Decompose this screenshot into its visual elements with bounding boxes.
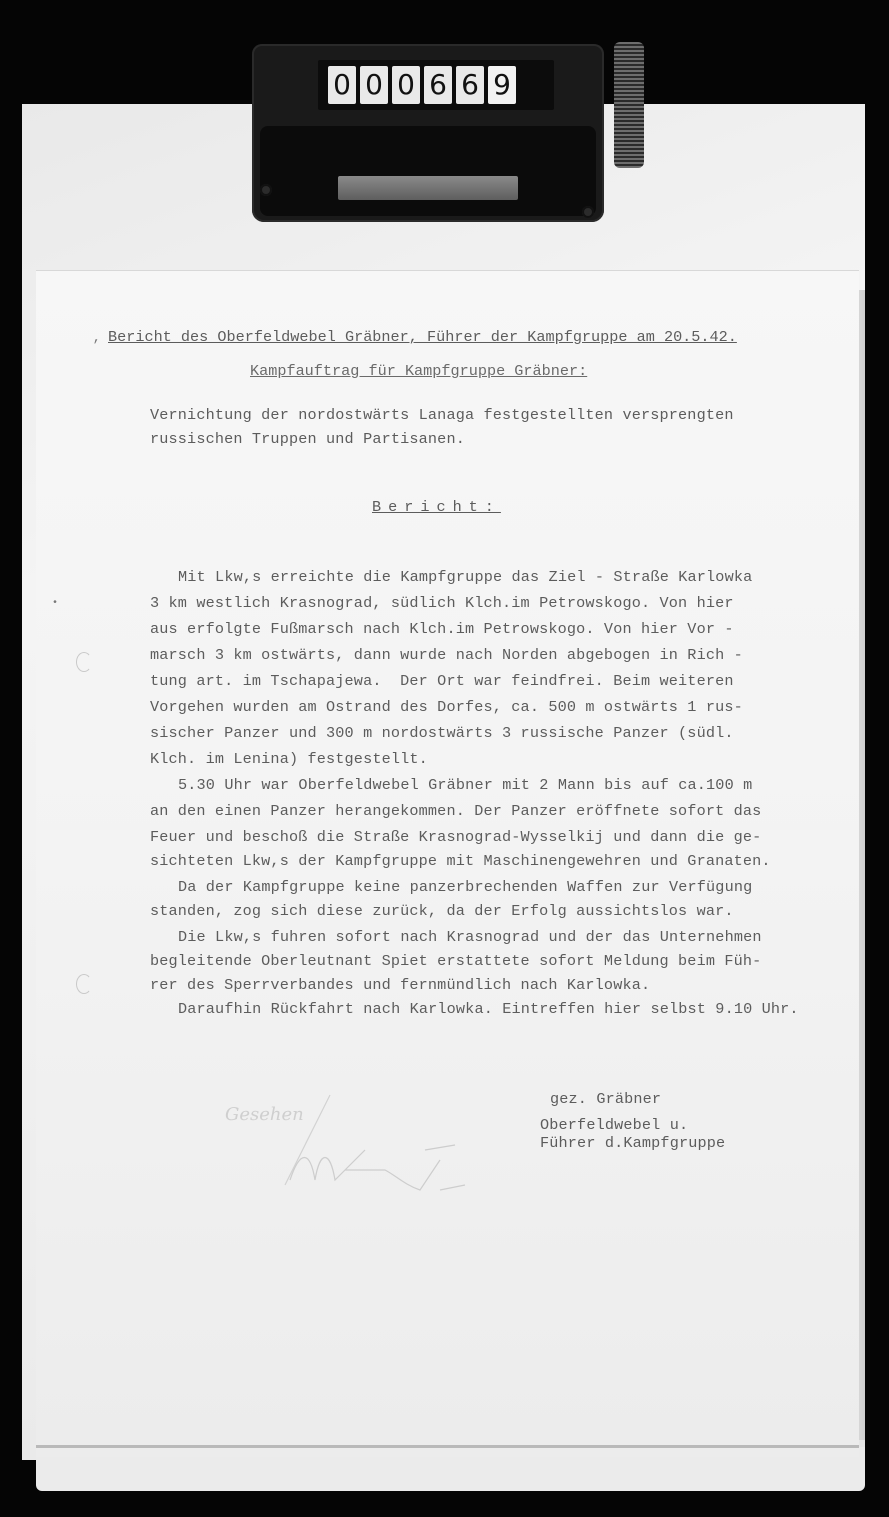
counter-digit: 0 bbox=[328, 66, 356, 104]
body-line: 5.30 Uhr war Oberfeldwebel Gräbner mit 2… bbox=[178, 776, 752, 794]
counter-digit: 6 bbox=[456, 66, 484, 104]
margin-mark: • bbox=[52, 598, 58, 609]
counter-digit: 0 bbox=[360, 66, 388, 104]
body-line: Da der Kampfgruppe keine panzerbrechende… bbox=[178, 878, 752, 896]
counter-digit: 9 bbox=[488, 66, 516, 104]
counter-window: 0 0 0 6 6 9 bbox=[318, 60, 554, 110]
screw-icon bbox=[260, 184, 272, 196]
body-line: an den einen Panzer herangekommen. Der P… bbox=[150, 802, 761, 820]
body-line: standen, zog sich diese zurück, da der E… bbox=[150, 902, 734, 920]
body-line: Mit Lkw,s erreichte die Kampfgruppe das … bbox=[178, 568, 752, 586]
counter-digit: 6 bbox=[424, 66, 452, 104]
body-line: aus erfolgte Fußmarsch nach Klch.im Petr… bbox=[150, 620, 734, 638]
handwritten-note: Gesehen bbox=[225, 1104, 304, 1125]
signature-rank: Oberfeldwebel u. bbox=[540, 1116, 688, 1134]
margin-mark: ‚ bbox=[92, 330, 100, 346]
body-line: begleitende Oberleutnant Spiet erstattet… bbox=[150, 952, 761, 970]
body-line: Daraufhin Rückfahrt nach Karlowka. Eintr… bbox=[178, 1000, 799, 1018]
mission-line: russischen Truppen und Partisanen. bbox=[150, 430, 465, 448]
body-line: Klch. im Lenina) festgestellt. bbox=[150, 750, 428, 768]
punch-hole bbox=[76, 652, 92, 672]
screw-icon bbox=[582, 206, 594, 218]
report-title: Bericht des Oberfeldwebel Gräbner, Führe… bbox=[108, 328, 737, 346]
body-line: Feuer und beschoß die Straße Krasnograd-… bbox=[150, 828, 761, 846]
counter-nameplate bbox=[338, 176, 518, 200]
signature-role: Führer d.Kampfgruppe bbox=[540, 1134, 725, 1152]
signature-signed: gez. Gräbner bbox=[550, 1090, 661, 1108]
punch-hole bbox=[76, 974, 92, 994]
body-line: sichteten Lkw,s der Kampfgruppe mit Masc… bbox=[150, 852, 771, 870]
handwritten-signature: Gesehen bbox=[225, 1090, 485, 1210]
mission-heading: Kampfauftrag für Kampfgruppe Gräbner: bbox=[250, 362, 587, 380]
body-line: sischer Panzer und 300 m nordostwärts 3 … bbox=[150, 724, 734, 742]
mission-line: Vernichtung der nordostwärts Lanaga fest… bbox=[150, 406, 734, 424]
frame-counter: 0 0 0 6 6 9 bbox=[252, 44, 604, 222]
counter-housing bbox=[260, 126, 596, 216]
body-line: rer des Sperrverbandes und fernmündlich … bbox=[150, 976, 650, 994]
body-line: tung art. im Tschapajewa. Der Ort war fe… bbox=[150, 672, 734, 690]
section-heading: Bericht: bbox=[372, 498, 501, 516]
counter-digit: 0 bbox=[392, 66, 420, 104]
body-line: 3 km westlich Krasnograd, südlich Klch.i… bbox=[150, 594, 734, 612]
body-line: Die Lkw,s fuhren sofort nach Krasnograd … bbox=[178, 928, 762, 946]
body-line: marsch 3 km ostwärts, dann wurde nach No… bbox=[150, 646, 743, 664]
counter-knob bbox=[614, 42, 644, 168]
body-line: Vorgehen wurden am Ostrand des Dorfes, c… bbox=[150, 698, 743, 716]
fold-line bbox=[36, 1445, 859, 1448]
